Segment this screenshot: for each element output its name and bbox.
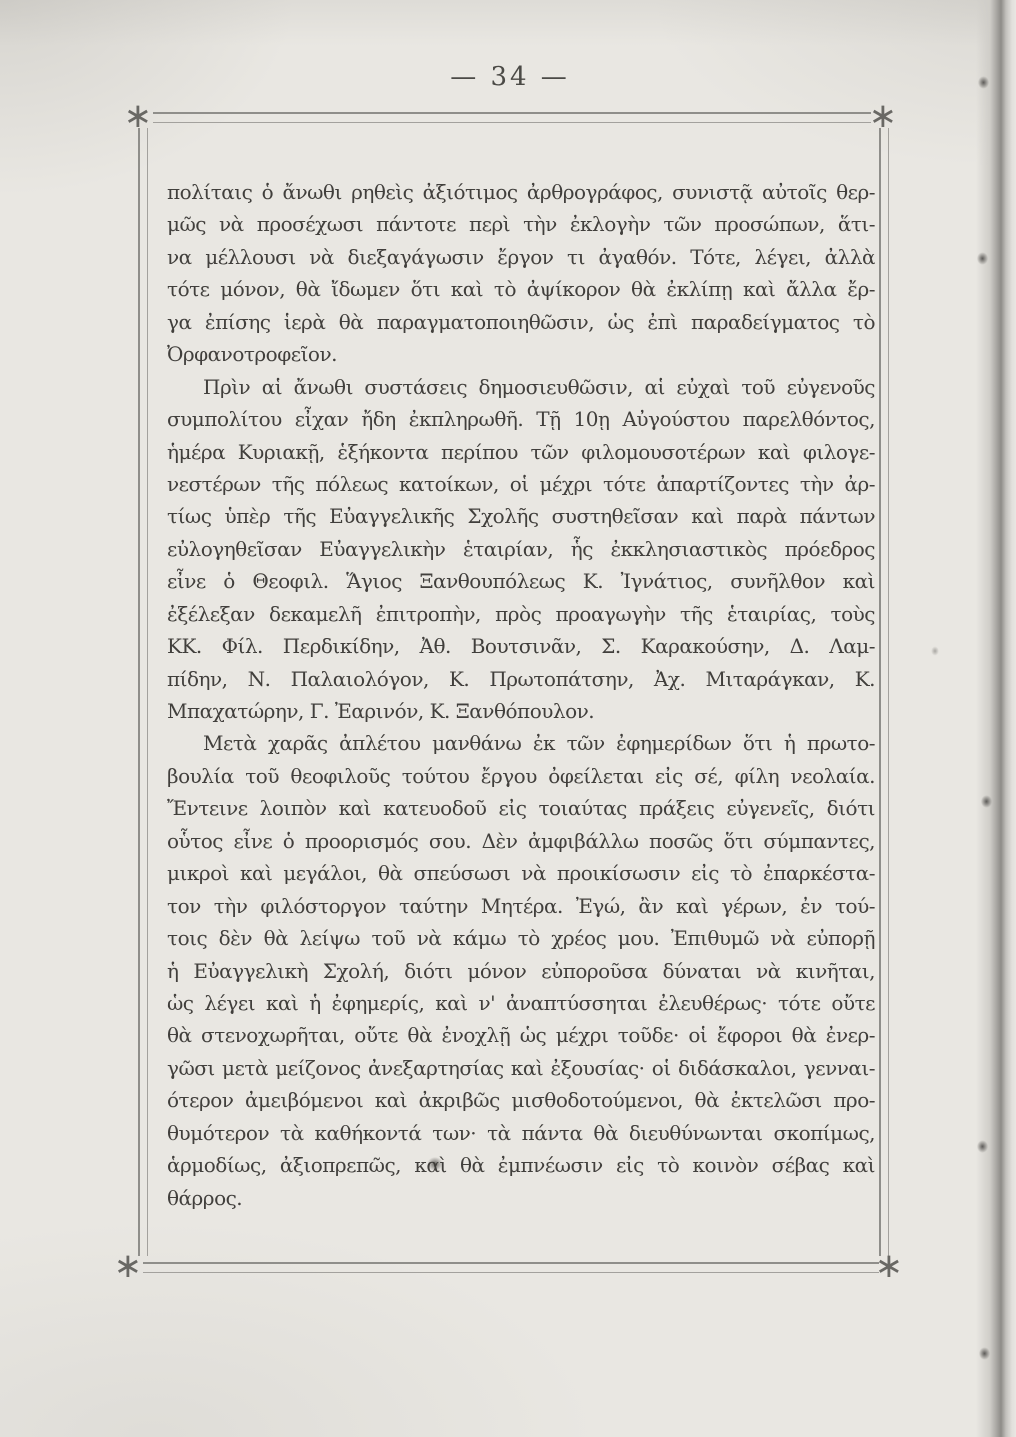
- text-line: Ὀρφανοτροφεῖον.: [167, 338, 875, 370]
- text-line: τοις δὲν θὰ λείψω τοῦ νὰ κάμω τὸ χρέος μ…: [167, 922, 875, 954]
- text-line: Πρὶν αἱ ἄνωθι συστάσεις δημοσιευθῶσιν, α…: [167, 371, 875, 403]
- text-line: εὐλογηθεῖσαν Εὐαγγελικὴν ἑταιρίαν, ἧς ἐκ…: [167, 533, 875, 565]
- text-line: γα ἐπίσης ἱερὰ θὰ παραγματοποιηθῶσιν, ὡς…: [167, 306, 875, 338]
- text-line: οὗτος εἶνε ὁ προορισμός σου. Δὲν ἀμφιβάλ…: [167, 825, 875, 857]
- text-line: μῶς νὰ προσέχωσι πάντοτε περὶ τὴν ἐκλογὴ…: [167, 208, 875, 240]
- frame-right-rule: [879, 128, 889, 1256]
- text-line: ΚΚ. Φίλ. Περδικίδην, Ἀθ. Βουτσινᾶν, Σ. Κ…: [167, 630, 875, 662]
- text-line: πολίταις ὁ ἄνωθι ρηθεὶς ἀξιότιμος ἀρθρογ…: [167, 176, 875, 208]
- text-line: ότερον ἀμειβόμενοι καὶ ἀκριβῶς μισθοδοτο…: [167, 1084, 875, 1116]
- asterisk-ornament-icon: ∗: [866, 99, 900, 133]
- text-line: Μπαχατώρην, Γ. Ἐαρινόν, Κ. Ξανθόπουλον.: [167, 695, 875, 727]
- text-line: πίδην, Ν. Παλαιολόγον, Κ. Πρωτοπάτσην, Ἀ…: [167, 663, 875, 695]
- frame-left-rule: [138, 128, 148, 1256]
- edge-smudge: [975, 250, 990, 267]
- text-line: θάρρος.: [167, 1182, 875, 1214]
- text-line: Μετὰ χαρᾶς ἀπλέτου μανθάνω ἐκ τῶν ἐφημερ…: [167, 727, 875, 759]
- text-line: τον τὴν φιλόστοργον ταύτην Μητέρα. Ἐγώ, …: [167, 890, 875, 922]
- body-text: πολίταις ὁ ἄνωθι ρηθεὶς ἀξιότιμος ἀρθρογ…: [167, 176, 875, 1214]
- text-line: ἁρμοδίως, ἀξιοπρεπῶς, καὶ θὰ ἐμπνέωσιν ε…: [167, 1149, 875, 1181]
- text-line: ἡ Εὐαγγελικὴ Σχολή, διότι μόνον εὐποροῦσ…: [167, 955, 875, 987]
- text-line: γῶσι μετὰ μείζονος ἀνεξαρτησίας καὶ ἐξου…: [167, 1052, 875, 1084]
- scanned-book-page: — 34 — ∗ ∗ ∗ ∗ πολίταις ὁ ἄνωθι ρηθεὶς ἀ…: [0, 0, 1016, 1437]
- text-line: βουλία τοῦ θεοφιλοῦς τούτου ἔργου ὀφείλε…: [167, 760, 875, 792]
- text-line: συμπολίτου εἶχαν ἤδη ἐκπληρωθῆ. Τῇ 10ῃ Α…: [167, 403, 875, 435]
- text-line: εἶνε ὁ Θεοφιλ. Ἅγιος Ξανθουπόλεως Κ. Ἰγν…: [167, 565, 875, 597]
- frame-top-rule: [153, 112, 871, 123]
- paragraph: Μετὰ χαρᾶς ἀπλέτου μανθάνω ἐκ τῶν ἐφημερ…: [167, 727, 875, 1214]
- asterisk-ornament-icon: ∗: [121, 99, 155, 133]
- text-line: τίως ὑπὲρ τῆς Εὐαγγελικῆς Σχολῆς συστηθε…: [167, 500, 875, 532]
- paragraph: πολίταις ὁ ἄνωθι ρηθεὶς ἀξιότιμος ἀρθρογ…: [167, 176, 875, 371]
- edge-smudge: [977, 1345, 992, 1362]
- text-line: Ἔντεινε λοιπὸν καὶ κατευοδοῦ εἰς τοιαύτα…: [167, 792, 875, 824]
- edge-smudge: [976, 74, 991, 91]
- text-line: θὰ στενοχωρῆται, οὔτε θὰ ἐνοχλῇ ὡς μέχρι…: [167, 1019, 875, 1051]
- text-line: νεστέρων τῆς πόλεως κατοίκων, οἱ μέχρι τ…: [167, 468, 875, 500]
- page-edge-shadow: [968, 0, 1016, 1437]
- edge-smudge: [975, 1138, 990, 1155]
- text-line: να μέλλουσι νὰ διεξαγάγωσιν ἔργον τι ἀγα…: [167, 241, 875, 273]
- text-line: μικροὶ καὶ μεγάλοι, θὰ σπεύσωσι νὰ προικ…: [167, 857, 875, 889]
- text-line: ἐξέλεξαν δεκαμελῆ ἐπιτροπὴν, πρὸς προαγω…: [167, 598, 875, 630]
- text-line: τότε μόνον, θὰ ἴδωμεν ὅτι καὶ τὸ ἀψίκορο…: [167, 273, 875, 305]
- edge-smudge: [979, 793, 994, 810]
- paragraph: Πρὶν αἱ ἄνωθι συστάσεις δημοσιευθῶσιν, α…: [167, 371, 875, 728]
- ink-speck: [425, 1155, 445, 1173]
- page-number: — 34 —: [135, 62, 885, 92]
- asterisk-ornament-icon: ∗: [872, 1249, 906, 1283]
- ink-speck: [930, 645, 940, 657]
- asterisk-ornament-icon: ∗: [111, 1249, 145, 1283]
- frame-bottom-rule: [143, 1262, 879, 1273]
- text-line: ὡς λέγει καὶ ἡ ἐφημερίς, καὶ ν' ἀναπτύσσ…: [167, 987, 875, 1019]
- text-line: θυμότερον τὰ καθήκοντά των· τὰ πάντα θὰ …: [167, 1117, 875, 1149]
- text-line: ἡμέρα Κυριακῇ, ἑξήκοντα περίπου τῶν φιλο…: [167, 436, 875, 468]
